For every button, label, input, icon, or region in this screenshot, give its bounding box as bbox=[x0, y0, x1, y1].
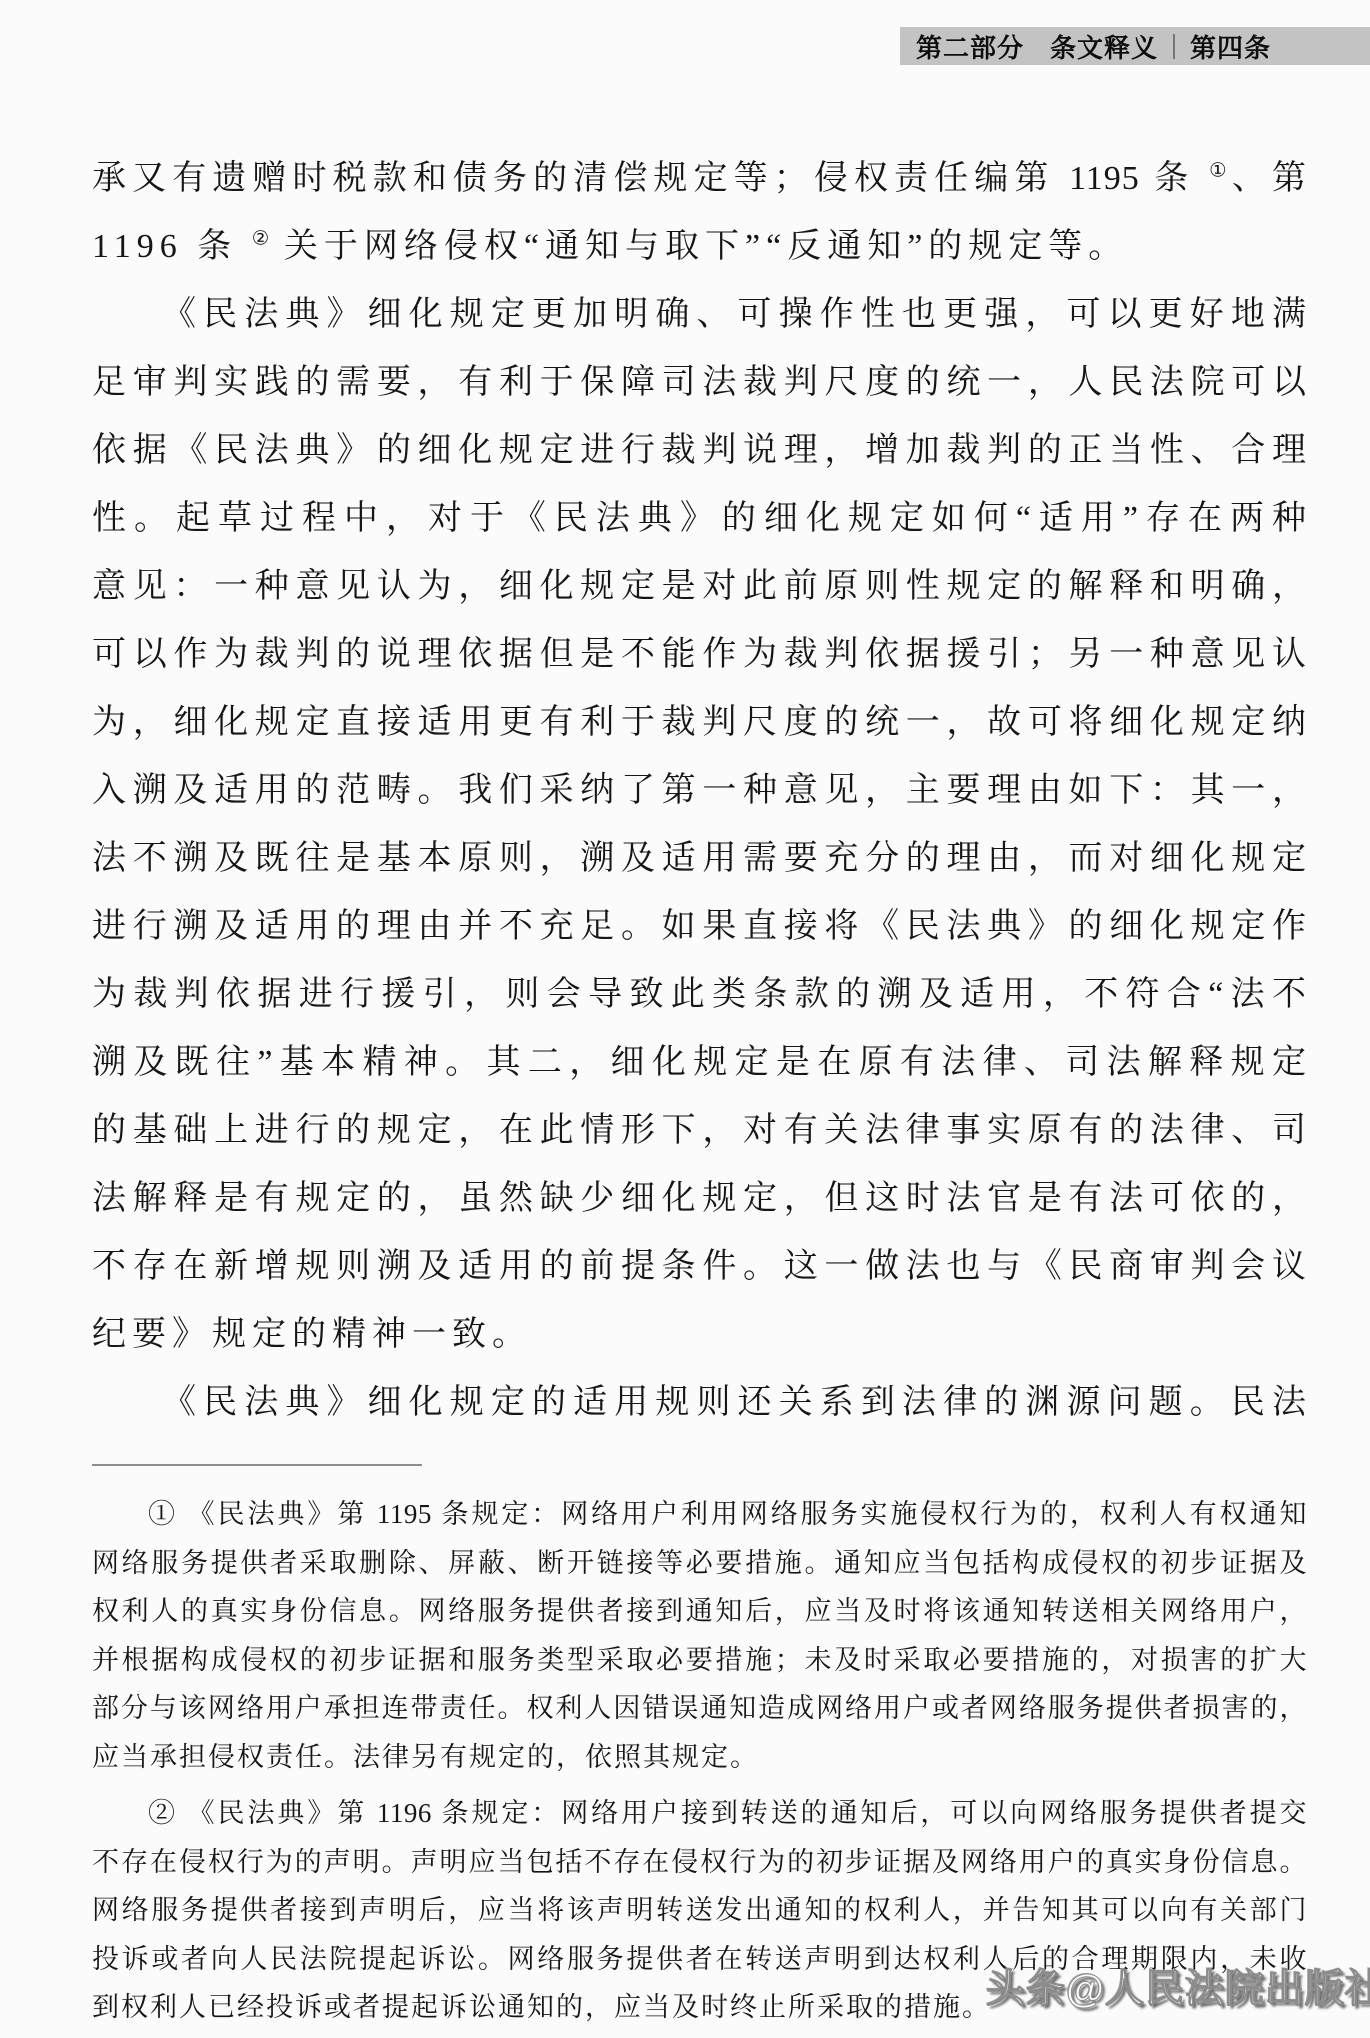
footnote-line: ① 《民法典》第 1195 条规定：网络用户利用网络服务实施侵权行为的，权利人有… bbox=[92, 1490, 1307, 1539]
running-head: 第二部分 条文释义 第四条 bbox=[900, 27, 1370, 65]
body-line: 溯及既往”基本精神。其二，细化规定是在原有法律、司法解释规定 bbox=[92, 1029, 1307, 1097]
footnote: ① 《民法典》第 1195 条规定：网络用户利用网络服务实施侵权行为的，权利人有… bbox=[92, 1490, 1307, 1781]
body-line-text: 的基础上进行的规定，在此情形下，对有关法律事实原有的法律、司 bbox=[92, 1112, 1307, 1149]
body-line-text: 为裁判依据进行援引，则会导致此类条款的溯及适用，不符合“法不 bbox=[92, 976, 1307, 1013]
body-line-text: 纪要》规定的精神一致。 bbox=[92, 1316, 532, 1353]
body-line-text: 进行溯及适用的理由并不充足。如果直接将《民法典》的细化规定作 bbox=[92, 908, 1307, 945]
body-line-text: 依据《民法典》的细化规定进行裁判说理，增加裁判的正当性、合理 bbox=[92, 432, 1307, 469]
body-line: 为裁判依据进行援引，则会导致此类条款的溯及适用，不符合“法不 bbox=[92, 961, 1307, 1029]
body-line-text: 1196 条 bbox=[92, 228, 252, 265]
footnote-line: 并根据构成侵权的初步证据和服务类型采取必要措施；未及时采取必要措施的，对损害的扩… bbox=[92, 1636, 1307, 1685]
footnote-line: 应当承担侵权责任。法律另有规定的，依照其规定。 bbox=[92, 1733, 1307, 1782]
footnote-line: 部分与该网络用户承担连带责任。权利人因错误通知造成网络用户或者网络服务提供者损害… bbox=[92, 1684, 1307, 1733]
body-line: 1196 条 ② 关于网络侵权“通知与取下”“反通知”的规定等。 bbox=[92, 213, 1307, 281]
body-line-text: 入溯及适用的范畴。我们采纳了第一种意见，主要理由如下：其一， bbox=[92, 772, 1307, 809]
body-line: 不存在新增规则溯及适用的前提条件。这一做法也与《民商审判会议 bbox=[92, 1233, 1307, 1301]
footnotes: ① 《民法典》第 1195 条规定：网络用户利用网络服务实施侵权行为的，权利人有… bbox=[92, 1490, 1307, 2032]
body-line-text: 承又有遗赠时税款和债务的清偿规定等；侵权责任编第 1195 条 bbox=[92, 160, 1209, 197]
running-head-divider bbox=[1173, 34, 1175, 59]
body-line: 纪要》规定的精神一致。 bbox=[92, 1301, 1307, 1369]
footnote-line: 不存在侵权行为的声明。声明应当包括不存在侵权行为的初步证据及网络用户的真实身份信… bbox=[92, 1838, 1307, 1887]
body-line-text: 性。起草过程中，对于《民法典》的细化规定如何“适用”存在两种 bbox=[92, 500, 1307, 537]
footnote-separator bbox=[92, 1464, 422, 1466]
body-line-text: 为，细化规定直接适用更有利于裁判尺度的统一，故可将细化规定纳 bbox=[92, 704, 1307, 741]
body-line-text: 《民法典》细化规定的适用规则还关系到法律的渊源问题。民法 bbox=[162, 1384, 1307, 1421]
footnote-line: 网络服务提供者接到声明后，应当将该声明转送发出通知的权利人，并告知其可以向有关部… bbox=[92, 1886, 1307, 1935]
body-line: 意见：一种意见认为，细化规定是对此前原则性规定的解释和明确， bbox=[92, 553, 1307, 621]
footnote-line: ② 《民法典》第 1196 条规定：网络用户接到转送的通知后，可以向网络服务提供… bbox=[92, 1789, 1307, 1838]
body-line: 可以作为裁判的说理依据但是不能作为裁判依据援引；另一种意见认 bbox=[92, 621, 1307, 689]
body-line: 依据《民法典》的细化规定进行裁判说理，增加裁判的正当性、合理 bbox=[92, 417, 1307, 485]
body-line-text: 关于网络侵权“通知与取下”“反通知”的规定等。 bbox=[269, 228, 1128, 265]
body-line-text: 、第 bbox=[1232, 160, 1307, 197]
body-line-text: 法解释是有规定的，虽然缺少细化规定，但这时法官是有法可依的， bbox=[92, 1180, 1307, 1217]
footnote-ref: ② bbox=[252, 228, 270, 250]
watermark: 头条@人民法院出版社 bbox=[986, 1958, 1370, 2014]
body-line-text: 溯及既往”基本精神。其二，细化规定是在原有法律、司法解释规定 bbox=[92, 1044, 1307, 1081]
running-head-section: 条文释义 bbox=[1050, 28, 1158, 65]
body-line: 《民法典》细化规定更加明确、可操作性也更强，可以更好地满 bbox=[92, 281, 1307, 349]
footnote-ref: ① bbox=[1209, 160, 1232, 182]
running-head-article: 第四条 bbox=[1190, 28, 1271, 65]
running-head-part: 第二部分 bbox=[916, 28, 1024, 65]
body-line: 的基础上进行的规定，在此情形下，对有关法律事实原有的法律、司 bbox=[92, 1097, 1307, 1165]
body-line-text: 《民法典》细化规定更加明确、可操作性也更强，可以更好地满 bbox=[162, 296, 1307, 333]
body-line: 法不溯及既往是基本原则，溯及适用需要充分的理由，而对细化规定 bbox=[92, 825, 1307, 893]
body-line: 性。起草过程中，对于《民法典》的细化规定如何“适用”存在两种 bbox=[92, 485, 1307, 553]
body-line: 法解释是有规定的，虽然缺少细化规定，但这时法官是有法可依的， bbox=[92, 1165, 1307, 1233]
body-line: 承又有遗赠时税款和债务的清偿规定等；侵权责任编第 1195 条 ①、第 bbox=[92, 145, 1307, 213]
body-line-text: 意见：一种意见认为，细化规定是对此前原则性规定的解释和明确， bbox=[92, 568, 1307, 605]
body-line-text: 不存在新增规则溯及适用的前提条件。这一做法也与《民商审判会议 bbox=[92, 1248, 1307, 1285]
body-line-text: 足审判实践的需要，有利于保障司法裁判尺度的统一，人民法院可以 bbox=[92, 364, 1307, 401]
footnote-line: 权利人的真实身份信息。网络服务提供者接到通知后，应当及时将该通知转送相关网络用户… bbox=[92, 1587, 1307, 1636]
body-line: 为，细化规定直接适用更有利于裁判尺度的统一，故可将细化规定纳 bbox=[92, 689, 1307, 757]
body-line-text: 法不溯及既往是基本原则，溯及适用需要充分的理由，而对细化规定 bbox=[92, 840, 1307, 877]
footnote-line: 网络服务提供者采取删除、屏蔽、断开链接等必要措施。通知应当包括构成侵权的初步证据… bbox=[92, 1539, 1307, 1588]
body-line: 《民法典》细化规定的适用规则还关系到法律的渊源问题。民法 bbox=[92, 1369, 1307, 1437]
book-page: 第二部分 条文释义 第四条 承又有遗赠时税款和债务的清偿规定等；侵权责任编第 1… bbox=[0, 0, 1370, 2038]
body-text: 承又有遗赠时税款和债务的清偿规定等；侵权责任编第 1195 条 ①、第1196 … bbox=[92, 145, 1307, 1437]
body-line: 足审判实践的需要，有利于保障司法裁判尺度的统一，人民法院可以 bbox=[92, 349, 1307, 417]
body-line: 进行溯及适用的理由并不充足。如果直接将《民法典》的细化规定作 bbox=[92, 893, 1307, 961]
body-line: 入溯及适用的范畴。我们采纳了第一种意见，主要理由如下：其一， bbox=[92, 757, 1307, 825]
body-line-text: 可以作为裁判的说理依据但是不能作为裁判依据援引；另一种意见认 bbox=[92, 636, 1307, 673]
